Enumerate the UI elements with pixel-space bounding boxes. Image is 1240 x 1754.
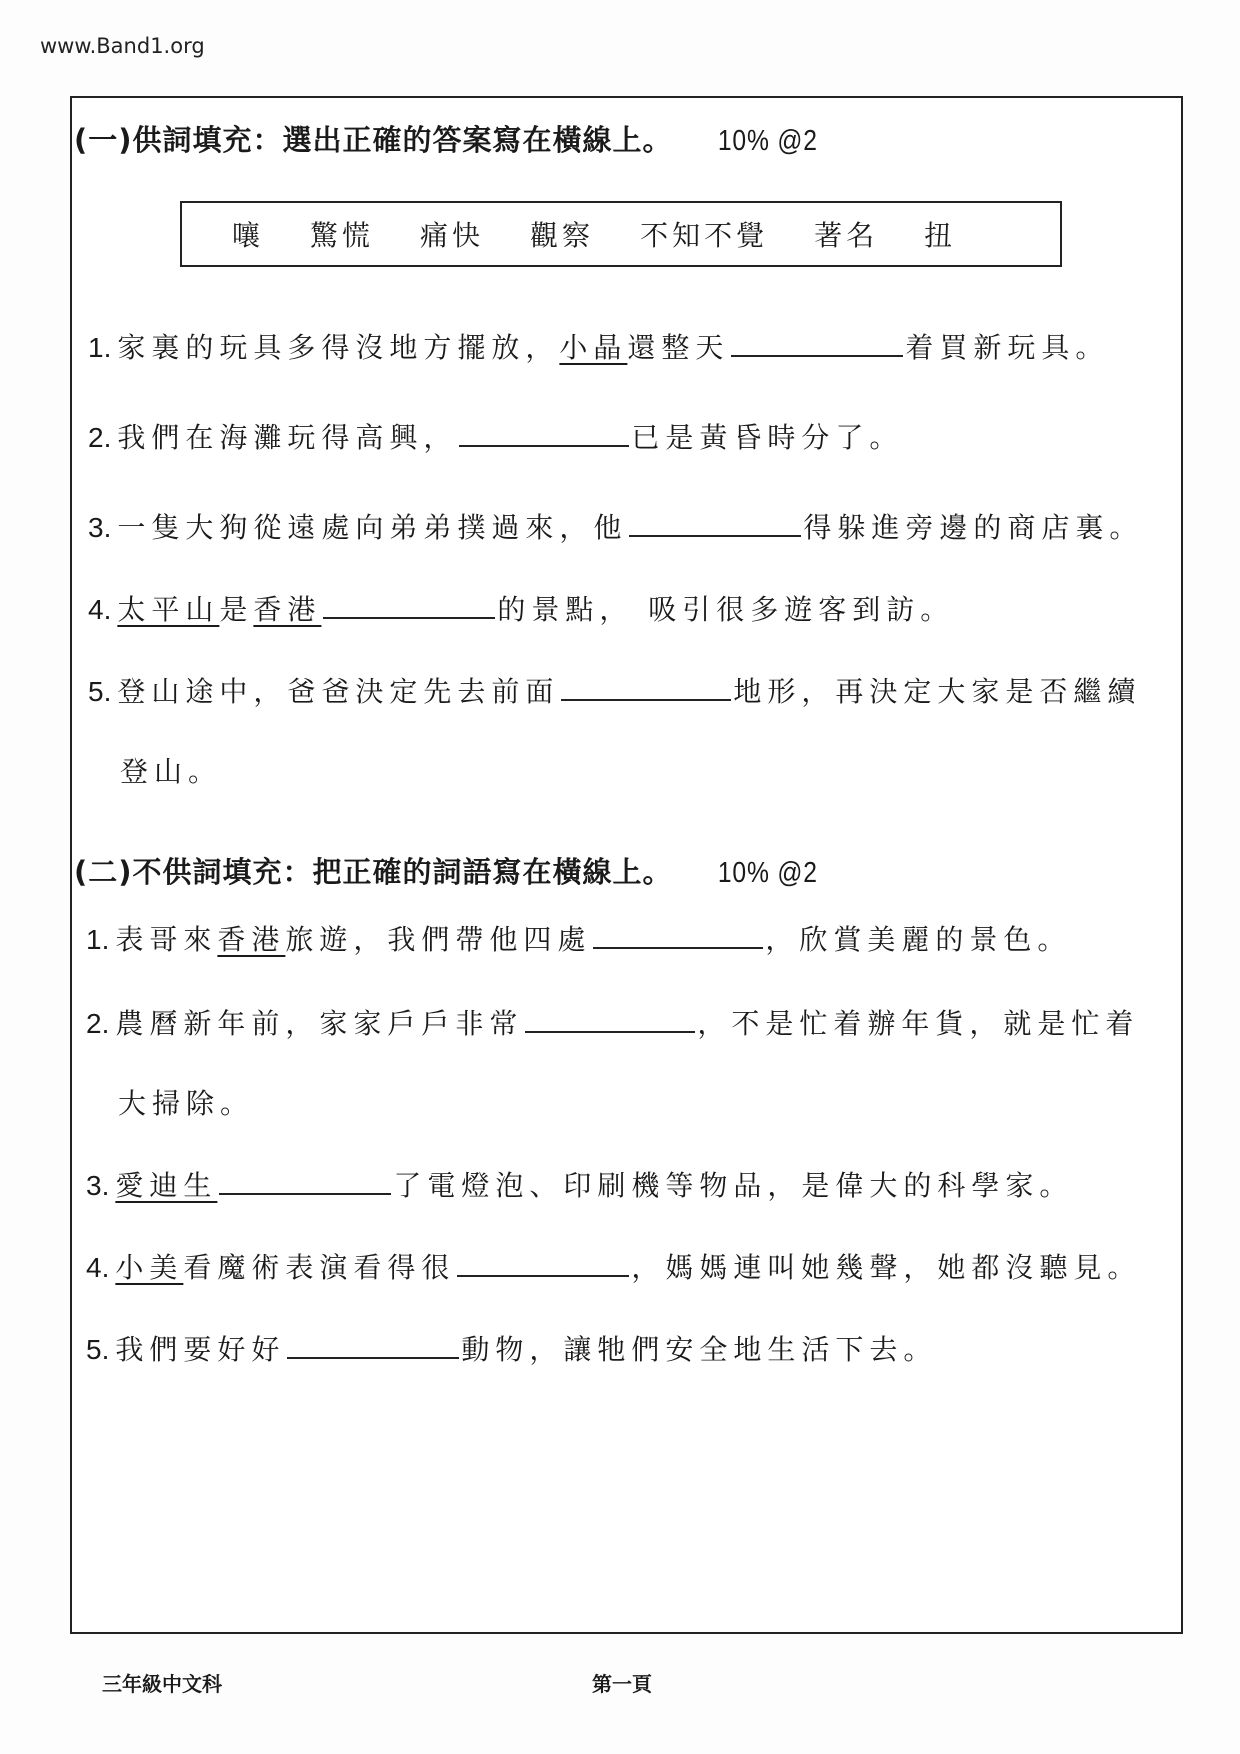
- word-bank-item: 痛快: [420, 214, 484, 254]
- question-text: 家裏的玩具多得沒地方擺放，: [117, 331, 559, 364]
- section2-title: (二)不供詞填充：把正確的詞語寫在橫線上。10% @2: [74, 850, 826, 891]
- word-bank-item: 扭: [924, 214, 956, 254]
- question-text: 動物，讓牠們安全地生活下去。: [461, 1333, 937, 1366]
- answer-blank[interactable]: [593, 921, 763, 949]
- question-number: 5.: [86, 1334, 109, 1365]
- question-text: 地形，再決定大家是否繼續: [733, 675, 1141, 708]
- section2-title-text: (二)不供詞填充：把正確的詞語寫在橫線上。: [74, 855, 673, 889]
- question-text: 了電燈泡、印刷機等物品，是偉大的科學家。: [393, 1169, 1073, 1202]
- worksheet-frame: (一)供詞填充：選出正確的答案寫在橫線上。10% @2 嚷 驚慌 痛快 觀察 不…: [70, 96, 1183, 1634]
- proper-noun: 太平山: [117, 593, 219, 626]
- s2-question-2-continuation: 大掃除。: [118, 1082, 254, 1122]
- s1-question-5: 5.登山途中，爸爸決定先去前面地形，再決定大家是否繼續: [88, 670, 1141, 710]
- question-text: 的景點， 吸引很多遊客到訪。: [497, 593, 954, 626]
- question-text: 一隻大狗從遠處向弟弟撲過來，他: [117, 511, 627, 544]
- question-text: 我們在海灘玩得高興，: [117, 421, 457, 454]
- answer-blank[interactable]: [525, 1005, 695, 1033]
- question-number: 4.: [86, 1252, 109, 1283]
- s2-question-1: 1.表哥來香港旅遊，我們帶他四處，欣賞美麗的景色。: [86, 918, 1071, 958]
- answer-blank[interactable]: [731, 329, 903, 357]
- section2-score: 10% @2: [717, 857, 817, 890]
- s2-question-2: 2.農曆新年前，家家戶戶非常，不是忙着辦年貨，就是忙着: [86, 1002, 1139, 1042]
- answer-blank[interactable]: [219, 1167, 391, 1195]
- question-number: 2.: [88, 422, 111, 453]
- answer-blank[interactable]: [459, 419, 629, 447]
- answer-blank[interactable]: [323, 591, 495, 619]
- proper-noun: 香港: [253, 593, 321, 626]
- answer-blank[interactable]: [561, 673, 731, 701]
- word-bank-item: 驚慌: [310, 214, 374, 254]
- answer-blank[interactable]: [287, 1331, 459, 1359]
- question-text: 我們要好好: [115, 1333, 285, 1366]
- question-number: 1.: [86, 924, 109, 955]
- word-bank-item: 不知不覺: [640, 214, 768, 254]
- s2-question-3: 3.愛迪生了電燈泡、印刷機等物品，是偉大的科學家。: [86, 1164, 1073, 1204]
- question-number: 3.: [88, 512, 111, 543]
- question-text: ，欣賞美麗的景色。: [765, 923, 1071, 956]
- question-number: 2.: [86, 1008, 109, 1039]
- proper-noun: 小美: [115, 1251, 183, 1284]
- word-bank-item: 著名: [814, 214, 878, 254]
- s1-question-5-continuation: 登山。: [120, 750, 222, 790]
- section1-score: 10% @2: [717, 125, 817, 158]
- s2-question-5: 5.我們要好好動物，讓牠們安全地生活下去。: [86, 1328, 937, 1368]
- question-text: 旅遊，我們帶他四處: [285, 923, 591, 956]
- s1-question-1: 1.家裏的玩具多得沒地方擺放，小晶還整天着買新玩具。: [88, 326, 1109, 366]
- word-bank-item: 嚷: [232, 214, 264, 254]
- question-number: 3.: [86, 1170, 109, 1201]
- s1-question-2: 2.我們在海灘玩得高興，已是黃昏時分了。: [88, 416, 903, 456]
- question-text: ，媽媽連叫她幾聲，她都沒聽見。: [631, 1251, 1141, 1284]
- proper-noun: 小晶: [559, 331, 627, 364]
- question-text: ，不是忙着辦年貨，就是忙着: [697, 1007, 1139, 1040]
- proper-noun: 香港: [217, 923, 285, 956]
- question-number: 5.: [88, 676, 111, 707]
- watermark: www.Band1.org: [40, 34, 205, 58]
- question-text: 已是黃昏時分了。: [631, 421, 903, 454]
- question-text: 着買新玩具。: [905, 331, 1109, 364]
- word-bank-item: 觀察: [530, 214, 594, 254]
- footer-page-number: 第一頁: [592, 1668, 652, 1697]
- question-text: 看魔術表演看得很: [183, 1251, 455, 1284]
- question-text: 是: [219, 593, 253, 626]
- s1-question-3: 3.一隻大狗從遠處向弟弟撲過來，他得躲進旁邊的商店裏。: [88, 506, 1143, 546]
- question-number: 4.: [88, 594, 111, 625]
- answer-blank[interactable]: [629, 509, 801, 537]
- s1-question-4: 4.太平山是香港的景點， 吸引很多遊客到訪。: [88, 588, 954, 628]
- question-text: 得躲進旁邊的商店裏。: [803, 511, 1143, 544]
- section1-title: (一)供詞填充：選出正確的答案寫在橫線上。10% @2: [74, 118, 826, 159]
- question-number: 1.: [88, 332, 111, 363]
- proper-noun: 愛迪生: [115, 1169, 217, 1202]
- question-text: 還整天: [627, 331, 729, 364]
- question-text: 表哥來: [115, 923, 217, 956]
- s2-question-4: 4.小美看魔術表演看得很，媽媽連叫她幾聲，她都沒聽見。: [86, 1246, 1141, 1286]
- word-bank: 嚷 驚慌 痛快 觀察 不知不覺 著名 扭: [180, 201, 1062, 267]
- answer-blank[interactable]: [457, 1249, 629, 1277]
- question-text: 登山途中，爸爸決定先去前面: [117, 675, 559, 708]
- section1-title-text: (一)供詞填充：選出正確的答案寫在橫線上。: [74, 123, 673, 157]
- question-text: 農曆新年前，家家戶戶非常: [115, 1007, 523, 1040]
- footer-subject: 三年級中文科: [102, 1668, 222, 1697]
